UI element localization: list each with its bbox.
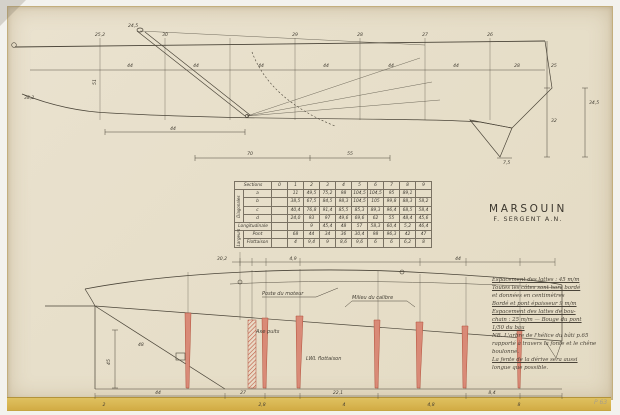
station-label: 2 xyxy=(103,402,106,408)
offsets-cell: 58,4 xyxy=(416,206,432,214)
column-header: 0 xyxy=(272,182,288,190)
offsets-cell: 85,3 xyxy=(352,206,368,214)
red-frame xyxy=(296,316,303,388)
offsets-cell: 5,2 xyxy=(400,222,416,230)
offsets-cell xyxy=(272,190,288,198)
offsets-cell: 58,3 xyxy=(368,222,384,230)
offsets-cell: 98 xyxy=(336,190,352,198)
row-label: b xyxy=(244,198,272,206)
handwritten-notes: Espacement des lattes : 45 m/mToutes les… xyxy=(492,276,616,372)
note-line: rapporté à travers la fonte et le chêne xyxy=(492,340,616,348)
red-frame xyxy=(462,326,468,388)
offsets-cell: 45,6 xyxy=(416,214,432,222)
gap-dim: 44 xyxy=(453,63,459,69)
offsets-cell: 55 xyxy=(384,214,400,222)
offsets-cell: 49,5 xyxy=(304,190,320,198)
offsets-cell: 38,5 xyxy=(288,198,304,206)
base-dim-55: 55 xyxy=(347,151,353,157)
column-header: 9 xyxy=(416,182,432,190)
bottom-drawing-labels: 30,2 4,9 44 Poste du moteur Milieu du ca… xyxy=(103,256,521,408)
column-header: 1 xyxy=(288,182,304,190)
station-top-dim: 26 xyxy=(487,32,493,38)
column-header: 4 xyxy=(336,182,352,190)
column-header: 3 xyxy=(320,182,336,190)
offsets-cell: 6 xyxy=(384,239,400,247)
offsets-table: Sections0123456789Diagonalesa1149,575,29… xyxy=(234,181,432,248)
offsets-cell: 9 xyxy=(320,239,336,247)
diagonal-dim: 48 xyxy=(138,342,144,348)
offsets-cell: 36 xyxy=(336,231,352,239)
offsets-cell: 44 xyxy=(304,231,320,239)
offsets-cell: 48 xyxy=(336,222,352,230)
offsets-cell: 34 xyxy=(320,231,336,239)
column-header: 8 xyxy=(400,182,416,190)
offsets-cell: 104,5 xyxy=(352,190,368,198)
offsets-cell: 89,3 xyxy=(368,206,384,214)
offsets-cell: 69,6 xyxy=(352,214,368,222)
offsets-cell: 91,4 xyxy=(320,206,336,214)
offsets-cell: 75,2 xyxy=(320,190,336,198)
gap-dim: 44 xyxy=(388,63,394,69)
offsets-cell: 45,4 xyxy=(320,222,336,230)
forefoot-dim: 44 xyxy=(170,126,176,132)
top-dim: 44 xyxy=(455,256,461,262)
offsets-cell: 76,8 xyxy=(304,206,320,214)
offsets-cell: 6 xyxy=(368,239,384,247)
offsets-cell xyxy=(416,190,432,198)
offsets-cell: 46,4 xyxy=(416,222,432,230)
offsets-cell: 11 xyxy=(288,190,304,198)
gap-dim: 44 xyxy=(258,63,264,69)
note-line: Toutes les côtes sont hors bordé xyxy=(492,284,616,292)
note-line: longue que possible. xyxy=(492,364,616,372)
offsets-cell: 98,3 xyxy=(336,198,352,206)
red-frame xyxy=(374,320,380,388)
note-line: Espacement des lattes : 45 m/m xyxy=(492,276,616,284)
station-label: 4 xyxy=(343,402,346,408)
offsets-cell: 104,5 xyxy=(368,190,384,198)
offsets-cell: 62 xyxy=(368,214,384,222)
base-dim-70: 70 xyxy=(247,151,253,157)
offsets-cell: 105 xyxy=(368,198,384,206)
left-vertical-dim: 51 xyxy=(92,79,98,85)
column-header: 5 xyxy=(352,182,368,190)
offsets-cell: 8,6 xyxy=(336,239,352,247)
designer-name: F. SERGENT A.N. xyxy=(468,216,588,223)
offsets-cell xyxy=(272,198,288,206)
base-dim: 44 xyxy=(155,390,161,396)
offsets-cell xyxy=(272,222,288,230)
station-label: 2,8 xyxy=(258,402,265,408)
station-top-dim: 27 xyxy=(422,32,428,38)
well-axis-label: Axe puits xyxy=(255,329,280,335)
offsets-cell xyxy=(272,206,288,214)
station-top-dim: 29 xyxy=(292,32,298,38)
scanned-boat-plan: { "title": { "name": "MARSOUIN", "author… xyxy=(0,0,620,415)
offsets-cell: 9,6 xyxy=(352,239,368,247)
red-frame xyxy=(416,322,423,388)
offsets-cell: 58,2 xyxy=(416,198,432,206)
offsets-cell: 67,5 xyxy=(304,198,320,206)
stern-dim-lower: 32 xyxy=(551,118,557,124)
offsets-cell xyxy=(272,239,288,247)
note-line: chain : 25 m/m — Bouge du pont xyxy=(492,316,616,324)
left-waterline-dim: 38,2 xyxy=(24,95,34,101)
row-label: d xyxy=(244,214,272,222)
offsets-cell: 97 xyxy=(320,214,336,222)
offsets-cell: 48,4 xyxy=(400,214,416,222)
gap-dim: 28 xyxy=(514,63,520,69)
offsets-cell: 96,3 xyxy=(384,231,400,239)
offsets-cell: 98 xyxy=(368,231,384,239)
offsets-cell: 9 xyxy=(304,222,320,230)
offsets-cell: 47 xyxy=(416,231,432,239)
red-frame-marks xyxy=(185,313,522,388)
offsets-cell xyxy=(272,214,288,222)
top-dim: 30,2 xyxy=(217,256,227,262)
column-header: 7 xyxy=(384,182,400,190)
note-line: Bordé et pont épaisseur 9 m/m xyxy=(492,300,616,308)
offsets-cell: 96,4 xyxy=(384,206,400,214)
boat-name: MARSOUIN xyxy=(468,203,588,215)
stern-dim-upper: 25 xyxy=(551,63,557,69)
gap-dim: 44 xyxy=(127,63,133,69)
right-side-dim: 34,5 xyxy=(589,100,599,106)
base-dim: 22,1 xyxy=(333,390,343,396)
offsets-cell: 24,0 xyxy=(288,214,304,222)
station-label: 4,8 xyxy=(427,402,434,408)
ballast-middle-label: Milieu du calibre xyxy=(352,295,393,301)
group-label: Largeurs xyxy=(235,231,244,247)
note-line: Espacement des lattes de bou- xyxy=(492,308,616,316)
top-profile-drawing xyxy=(12,28,588,161)
offsets-cell: 4 xyxy=(288,239,304,247)
station-top-dim: 28 xyxy=(357,32,363,38)
base-dim: 8,4 xyxy=(488,390,495,396)
station-top-dim: 30 xyxy=(162,32,168,38)
note-line: La fente de la dérive sera aussi xyxy=(492,356,616,364)
offsets-cell: 49,6 xyxy=(336,214,352,222)
row-label: c xyxy=(244,206,272,214)
offsets-cell: 95 xyxy=(384,190,400,198)
group-label: Diagonales xyxy=(235,190,244,223)
title-block: MARSOUIN F. SERGENT A.N. xyxy=(468,203,588,223)
red-frame xyxy=(185,313,191,388)
row-label: Flottaison xyxy=(244,239,272,247)
note-line: boulonné. xyxy=(492,348,616,356)
sheet-mark: P 63 xyxy=(594,399,607,406)
left-height-dim: 45 xyxy=(106,359,112,365)
offsets-cell: 57 xyxy=(352,222,368,230)
offsets-cell: 42 xyxy=(400,231,416,239)
engine-position-label: Poste du moteur xyxy=(262,291,304,297)
red-frame-hatched xyxy=(248,320,256,388)
note-line: 1/50 du bau xyxy=(492,324,616,332)
offsets-cell: 84,5 xyxy=(320,198,336,206)
offsets-cell: 104,5 xyxy=(352,198,368,206)
note-line: NB. L'arbre de l'hélice du bâti p.65 xyxy=(492,332,616,340)
row-label: a xyxy=(244,190,272,198)
offsets-cell: 88,3 xyxy=(400,198,416,206)
note-line: et données en centimètres xyxy=(492,292,616,300)
offsets-cell xyxy=(272,231,288,239)
sections-header: Sections xyxy=(235,182,272,190)
offsets-cell: 89,1 xyxy=(400,190,416,198)
row-label: Pont xyxy=(244,231,272,239)
offsets-cell: 9,4 xyxy=(304,239,320,247)
offsets-cell: 8 xyxy=(416,239,432,247)
base-dim: 27 xyxy=(240,390,246,396)
gap-dim: 44 xyxy=(323,63,329,69)
offsets-table-container: Sections0123456789Diagonalesa1149,575,29… xyxy=(234,181,432,248)
top-dim: 4,9 xyxy=(289,256,296,262)
gap-dim: 44 xyxy=(193,63,199,69)
offsets-cell: 30,4 xyxy=(352,231,368,239)
offsets-cell: 68 xyxy=(288,231,304,239)
station-label: 8 xyxy=(518,402,521,408)
bottom-construction-drawing xyxy=(45,252,562,399)
offsets-cell: 85,5 xyxy=(336,206,352,214)
offsets-cell: 6,2 xyxy=(400,239,416,247)
offsets-cell xyxy=(288,222,304,230)
rudder-dim: 7,5 xyxy=(503,160,510,166)
offsets-cell: 93 xyxy=(304,214,320,222)
offsets-cell: 60,4 xyxy=(384,222,400,230)
column-header: 6 xyxy=(368,182,384,190)
offsets-cell: 68,5 xyxy=(400,206,416,214)
column-header: 2 xyxy=(304,182,320,190)
waterline-label: LWL flottaison xyxy=(306,356,341,362)
board-head-dim: 24,5 xyxy=(128,23,138,29)
offsets-cell: 99,8 xyxy=(384,198,400,206)
station-top-dim: 25,2 xyxy=(95,32,105,38)
offsets-cell: 40,4 xyxy=(288,206,304,214)
